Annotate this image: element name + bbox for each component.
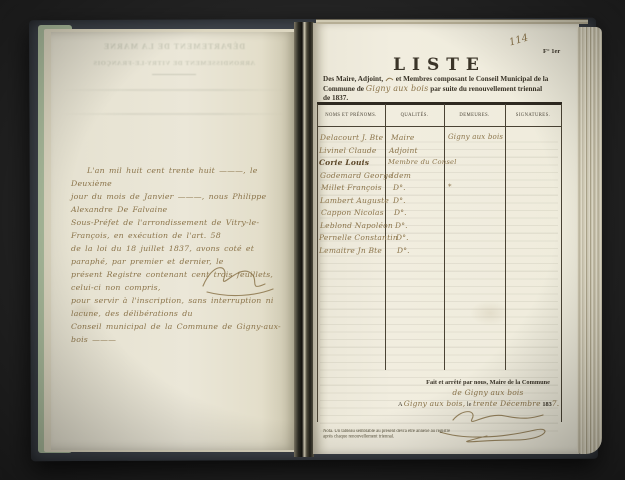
cell-quality: D°. xyxy=(393,196,406,205)
certification-line-1: Fait et arrêté par nous, Maire de la Com… xyxy=(413,379,563,386)
table-row: Lemaitre Jn Bte D°. xyxy=(317,246,562,258)
header-demeures: DEMEURES. xyxy=(449,112,501,117)
intro-line2-post: par suite du renouvellement triennal xyxy=(430,85,542,93)
table-row: Livinel Claude Adjoint xyxy=(317,146,562,158)
cell-quality: D°. xyxy=(395,221,408,230)
ink-insert-mark xyxy=(385,76,394,83)
header-signatures: SIGNATURES. xyxy=(509,112,557,117)
photographed-register-scan: DÉPARTEMENT DE LA MARNE ARRONDISSEMENT D… xyxy=(0,0,625,480)
header-qualites: QUALITÉS. xyxy=(389,112,439,117)
cell-quality: D°. xyxy=(397,246,410,255)
cell-name: Lambert Auguste xyxy=(320,196,389,205)
table-row: Cappon Nicolas D°. xyxy=(317,208,562,220)
cell-residence: Gigny aux bois xyxy=(448,133,503,141)
right-page-edges xyxy=(577,27,602,454)
cell-quality: D°. xyxy=(394,208,407,217)
bleedthrough-departement: DÉPARTEMENT DE LA MARNE xyxy=(61,42,287,51)
margin-ink-mark: * xyxy=(448,183,452,191)
cell-quality: Membre du Consel xyxy=(388,158,457,166)
cell-name: Pernelle Constantin xyxy=(319,233,398,242)
cell-quality: D°. xyxy=(396,233,409,242)
bleedthrough-rule xyxy=(152,74,196,75)
cell-name: Lemaitre Jn Bte xyxy=(319,246,382,255)
intro-line1-pre: Des Maire, Adjoint, xyxy=(323,75,383,83)
certification-line-2: de Gigny aux bois xyxy=(413,388,563,397)
maire-signature-flourish xyxy=(425,406,560,446)
manuscript-block: L'an mil huit cent trente huit ———, le D… xyxy=(71,164,285,346)
intro-line-2: Commune de Gigny aux bois par suite du r… xyxy=(323,84,560,94)
cell-name: Corie Louis xyxy=(319,158,369,167)
cell-name: Delacourt J. Bte xyxy=(320,133,383,142)
manuscript-line: Sous-Préfet de l'arrondissement de Vitry… xyxy=(71,216,285,242)
table-top-rule xyxy=(317,102,562,105)
table-row: Leblond Napoléon D°. xyxy=(317,221,562,233)
table-body: Delacourt J. Bte Maire Gigny aux bois Li… xyxy=(317,130,562,375)
sous-prefet-signature-flourish xyxy=(195,256,280,300)
cell-name: Leblond Napoléon xyxy=(320,221,393,230)
table-row: Millet François D°. xyxy=(317,183,562,195)
cell-quality: Adjoint xyxy=(389,146,418,155)
table-row: Lambert Auguste D°. xyxy=(317,196,562,208)
bleedthrough-faint-line xyxy=(61,113,287,115)
intro-line-1: Des Maire, Adjoint, et Membres composant… xyxy=(323,75,560,84)
cert-a: A xyxy=(398,401,402,408)
cell-name: Cappon Nicolas xyxy=(321,208,384,217)
cell-name: Millet François xyxy=(321,183,382,192)
form-intro: Des Maire, Adjoint, et Membres composant… xyxy=(323,75,560,103)
header-noms: NOMS ET PRÉNOMS. xyxy=(322,112,380,117)
header-bottom-rule xyxy=(317,126,562,127)
cell-name: Godemard George xyxy=(320,171,393,180)
cell-quality: D°. xyxy=(393,183,406,192)
footnote-line-2: après chaque renouvellement triennal. xyxy=(323,434,487,439)
cell-quality: Maire xyxy=(391,133,415,142)
table-row: Corie Louis Membre du Consel xyxy=(317,158,562,170)
manuscript-line: Conseil municipal de la Commune de Gigny… xyxy=(71,320,285,346)
book-gutter xyxy=(294,22,314,457)
form-title: LISTE xyxy=(317,55,562,75)
intro-line1-rest: et Membres composant le Conseil Municipa… xyxy=(396,75,549,83)
bleedthrough-block: DÉPARTEMENT DE LA MARNE ARRONDISSEMENT D… xyxy=(61,42,287,115)
manuscript-line: L'an mil huit cent trente huit ———, le D… xyxy=(71,164,285,190)
folio-printed: F° 1er xyxy=(543,48,560,55)
cell-quality: Idem xyxy=(391,171,411,180)
table-row: Pernelle Constantin D°. xyxy=(317,233,562,245)
bleedthrough-faint-line xyxy=(61,89,287,91)
table-row: Godemard George Idem xyxy=(317,171,562,183)
form-footnote: Nota. Un tableau semblable au présent de… xyxy=(323,429,487,440)
commune-name-handwritten: Gigny aux bois xyxy=(366,84,429,93)
manuscript-line: jour du mois de Janvier ———, nous Philip… xyxy=(71,190,285,216)
table-row: Delacourt J. Bte Maire Gigny aux bois xyxy=(317,133,562,145)
bleedthrough-arrondissement: ARRONDISSEMENT DE VITRY-LE-FRANÇOIS xyxy=(61,60,287,67)
cell-name: Livinel Claude xyxy=(319,146,377,155)
top-page-edges xyxy=(316,19,588,24)
intro-line2-pre: Commune de xyxy=(323,85,364,93)
